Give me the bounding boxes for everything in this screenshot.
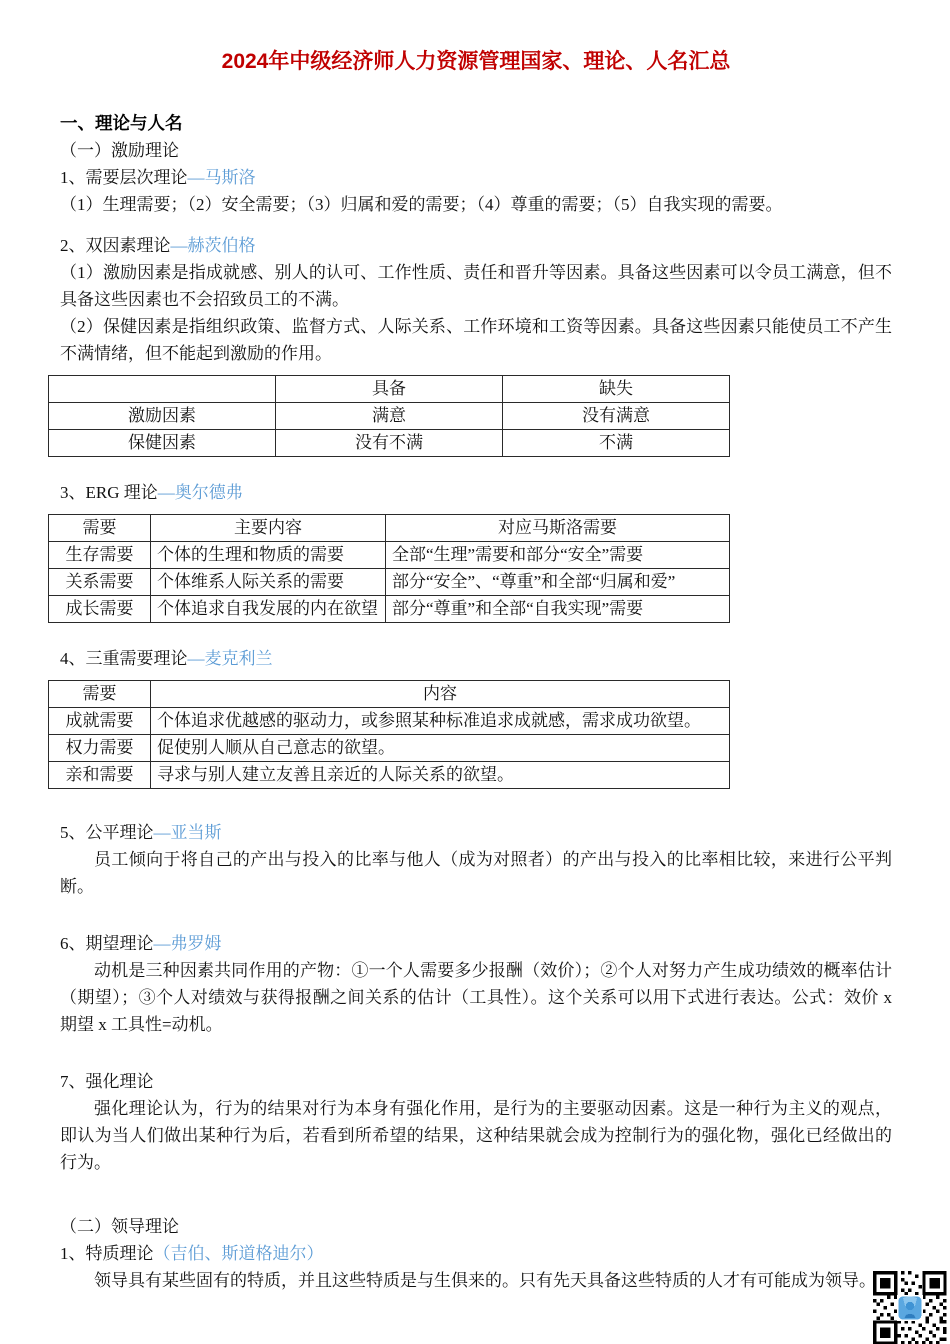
table-row: 亲和需要 寻求与别人建立友善且亲近的人际关系的欲望。 xyxy=(49,762,730,789)
table-row: 成长需要 个体追求自我发展的内在欲望 部分“尊重”和全部“自我实现”需要 xyxy=(49,596,730,623)
person-name-adams: —亚当斯 xyxy=(154,823,222,842)
heading-trait-theory-label: 1、特质理论 xyxy=(60,1244,154,1263)
table-header-cell xyxy=(49,376,276,403)
heading-need-hierarchy-label: 1、需要层次理论 xyxy=(60,168,188,187)
heading-two-factor-label: 2、双因素理论 xyxy=(60,236,171,255)
table-cell: 权力需要 xyxy=(49,735,151,762)
table-header-cell: 主要内容 xyxy=(151,515,386,542)
table-cell: 个体追求自我发展的内在欲望 xyxy=(151,596,386,623)
table-header-cell: 缺失 xyxy=(503,376,730,403)
table-header-cell: 具备 xyxy=(276,376,503,403)
two-factor-paragraph-1: （1）激励因素是指成就感、别人的认可、工作性质、责任和晋升等因素。具备这些因素可… xyxy=(60,259,892,313)
table-cell: 成就需要 xyxy=(49,708,151,735)
table-cell: 不满 xyxy=(503,430,730,457)
table-cell: 部分“尊重”和全部“自我实现”需要 xyxy=(386,596,730,623)
heading-three-needs-label: 4、三重需要理论 xyxy=(60,649,188,668)
subsection-heading-motivation: （一）激励理论 xyxy=(60,137,892,164)
person-name-vroom: —弗罗姆 xyxy=(154,934,222,953)
table-header-cell: 内容 xyxy=(151,681,730,708)
document-page: 2024年中级经济师人力资源管理国家、理论、人名汇总 一、理论与人名 （一）激励… xyxy=(0,0,950,1344)
heading-need-hierarchy: 1、需要层次理论—马斯洛 xyxy=(60,164,892,191)
heading-two-factor: 2、双因素理论—赫茨伯格 xyxy=(60,232,892,259)
heading-equity-label: 5、公平理论 xyxy=(60,823,154,842)
table-cell: 满意 xyxy=(276,403,503,430)
heading-equity: 5、公平理论—亚当斯 xyxy=(60,819,892,846)
heading-expectancy: 6、期望理论—弗罗姆 xyxy=(60,930,892,957)
table-cell: 生存需要 xyxy=(49,542,151,569)
subsection-heading-leadership: （二）领导理论 xyxy=(60,1213,892,1240)
table-header-row: 具备 缺失 xyxy=(49,376,730,403)
table-cell: 保健因素 xyxy=(49,430,276,457)
table-header-row: 需要 内容 xyxy=(49,681,730,708)
qr-code xyxy=(873,1271,947,1344)
table-cell: 个体追求优越感的驱动力，或参照某种标准追求成就感，需求成功欲望。 xyxy=(151,708,730,735)
reinforcement-body: 强化理论认为，行为的结果对行为本身有强化作用，是行为的主要驱动因素。这是一种行为… xyxy=(60,1095,892,1176)
doc-title: 2024年中级经济师人力资源管理国家、理论、人名汇总 xyxy=(60,48,892,76)
table-row: 关系需要 个体维系人际关系的需要 部分“安全”、“尊重”和全部“归属和爱” xyxy=(49,569,730,596)
table-cell: 关系需要 xyxy=(49,569,151,596)
two-factor-table: 具备 缺失 激励因素 满意 没有满意 保健因素 没有不满 不满 xyxy=(48,375,730,457)
table-cell: 成长需要 xyxy=(49,596,151,623)
section-heading-theories: 一、理论与人名 xyxy=(60,110,892,137)
table-row: 保健因素 没有不满 不满 xyxy=(49,430,730,457)
person-name-alderfer: —奥尔德弗 xyxy=(158,483,243,502)
table-cell: 部分“安全”、“尊重”和全部“归属和爱” xyxy=(386,569,730,596)
equity-body: 员工倾向于将自己的产出与投入的比率与他人（成为对照者）的产出与投入的比率相比较，… xyxy=(60,846,892,900)
table-cell: 全部“生理”需要和部分“安全”需要 xyxy=(386,542,730,569)
table-cell: 亲和需要 xyxy=(49,762,151,789)
heading-erg: 3、ERG 理论—奥尔德弗 xyxy=(60,479,892,506)
expectancy-body: 动机是三种因素共同作用的产物：①一个人需要多少报酬（效价）；②个人对努力产生成功… xyxy=(60,957,892,1038)
three-needs-table: 需要 内容 成就需要 个体追求优越感的驱动力，或参照某种标准追求成就感，需求成功… xyxy=(48,680,730,789)
need-hierarchy-body: （1）生理需要；（2）安全需要；（3）归属和爱的需要；（4）尊重的需要；（5）自… xyxy=(60,191,892,218)
heading-erg-label: 3、ERG 理论 xyxy=(60,483,158,502)
table-cell: 激励因素 xyxy=(49,403,276,430)
table-row: 激励因素 满意 没有满意 xyxy=(49,403,730,430)
table-row: 生存需要 个体的生理和物质的需要 全部“生理”需要和部分“安全”需要 xyxy=(49,542,730,569)
table-cell: 寻求与别人建立友善且亲近的人际关系的欲望。 xyxy=(151,762,730,789)
table-cell: 没有满意 xyxy=(503,403,730,430)
erg-table: 需要 主要内容 对应马斯洛需要 生存需要 个体的生理和物质的需要 全部“生理”需… xyxy=(48,514,730,623)
table-cell: 个体的生理和物质的需要 xyxy=(151,542,386,569)
table-header-cell: 需要 xyxy=(49,681,151,708)
heading-trait-theory: 1、特质理论（吉伯、斯道格迪尔） xyxy=(60,1240,892,1267)
table-cell: 个体维系人际关系的需要 xyxy=(151,569,386,596)
table-header-cell: 对应马斯洛需要 xyxy=(386,515,730,542)
person-name-gibb-stogdill: （吉伯、斯道格迪尔） xyxy=(154,1244,324,1263)
heading-expectancy-label: 6、期望理论 xyxy=(60,934,154,953)
heading-reinforcement: 7、强化理论 xyxy=(60,1068,892,1095)
table-cell: 没有不满 xyxy=(276,430,503,457)
document-content: 2024年中级经济师人力资源管理国家、理论、人名汇总 一、理论与人名 （一）激励… xyxy=(0,0,950,1294)
table-cell: 促使别人顺从自己意志的欲望。 xyxy=(151,735,730,762)
person-name-mcclelland: —麦克利兰 xyxy=(188,649,273,668)
table-row: 权力需要 促使别人顺从自己意志的欲望。 xyxy=(49,735,730,762)
qr-code-image xyxy=(873,1271,947,1344)
table-row: 成就需要 个体追求优越感的驱动力，或参照某种标准追求成就感，需求成功欲望。 xyxy=(49,708,730,735)
heading-three-needs: 4、三重需要理论—麦克利兰 xyxy=(60,645,892,672)
table-header-row: 需要 主要内容 对应马斯洛需要 xyxy=(49,515,730,542)
table-header-cell: 需要 xyxy=(49,515,151,542)
trait-theory-body: 领导具有某些固有的特质，并且这些特质是与生俱来的。只有先天具备这些特质的人才有可… xyxy=(60,1267,892,1294)
person-name-herzberg: —赫茨伯格 xyxy=(171,236,256,255)
qr-center-logo-icon xyxy=(897,1295,923,1321)
two-factor-paragraph-2: （2）保健因素是指组织政策、监督方式、人际关系、工作环境和工资等因素。具备这些因… xyxy=(60,313,892,367)
person-name-maslow: —马斯洛 xyxy=(188,168,256,187)
